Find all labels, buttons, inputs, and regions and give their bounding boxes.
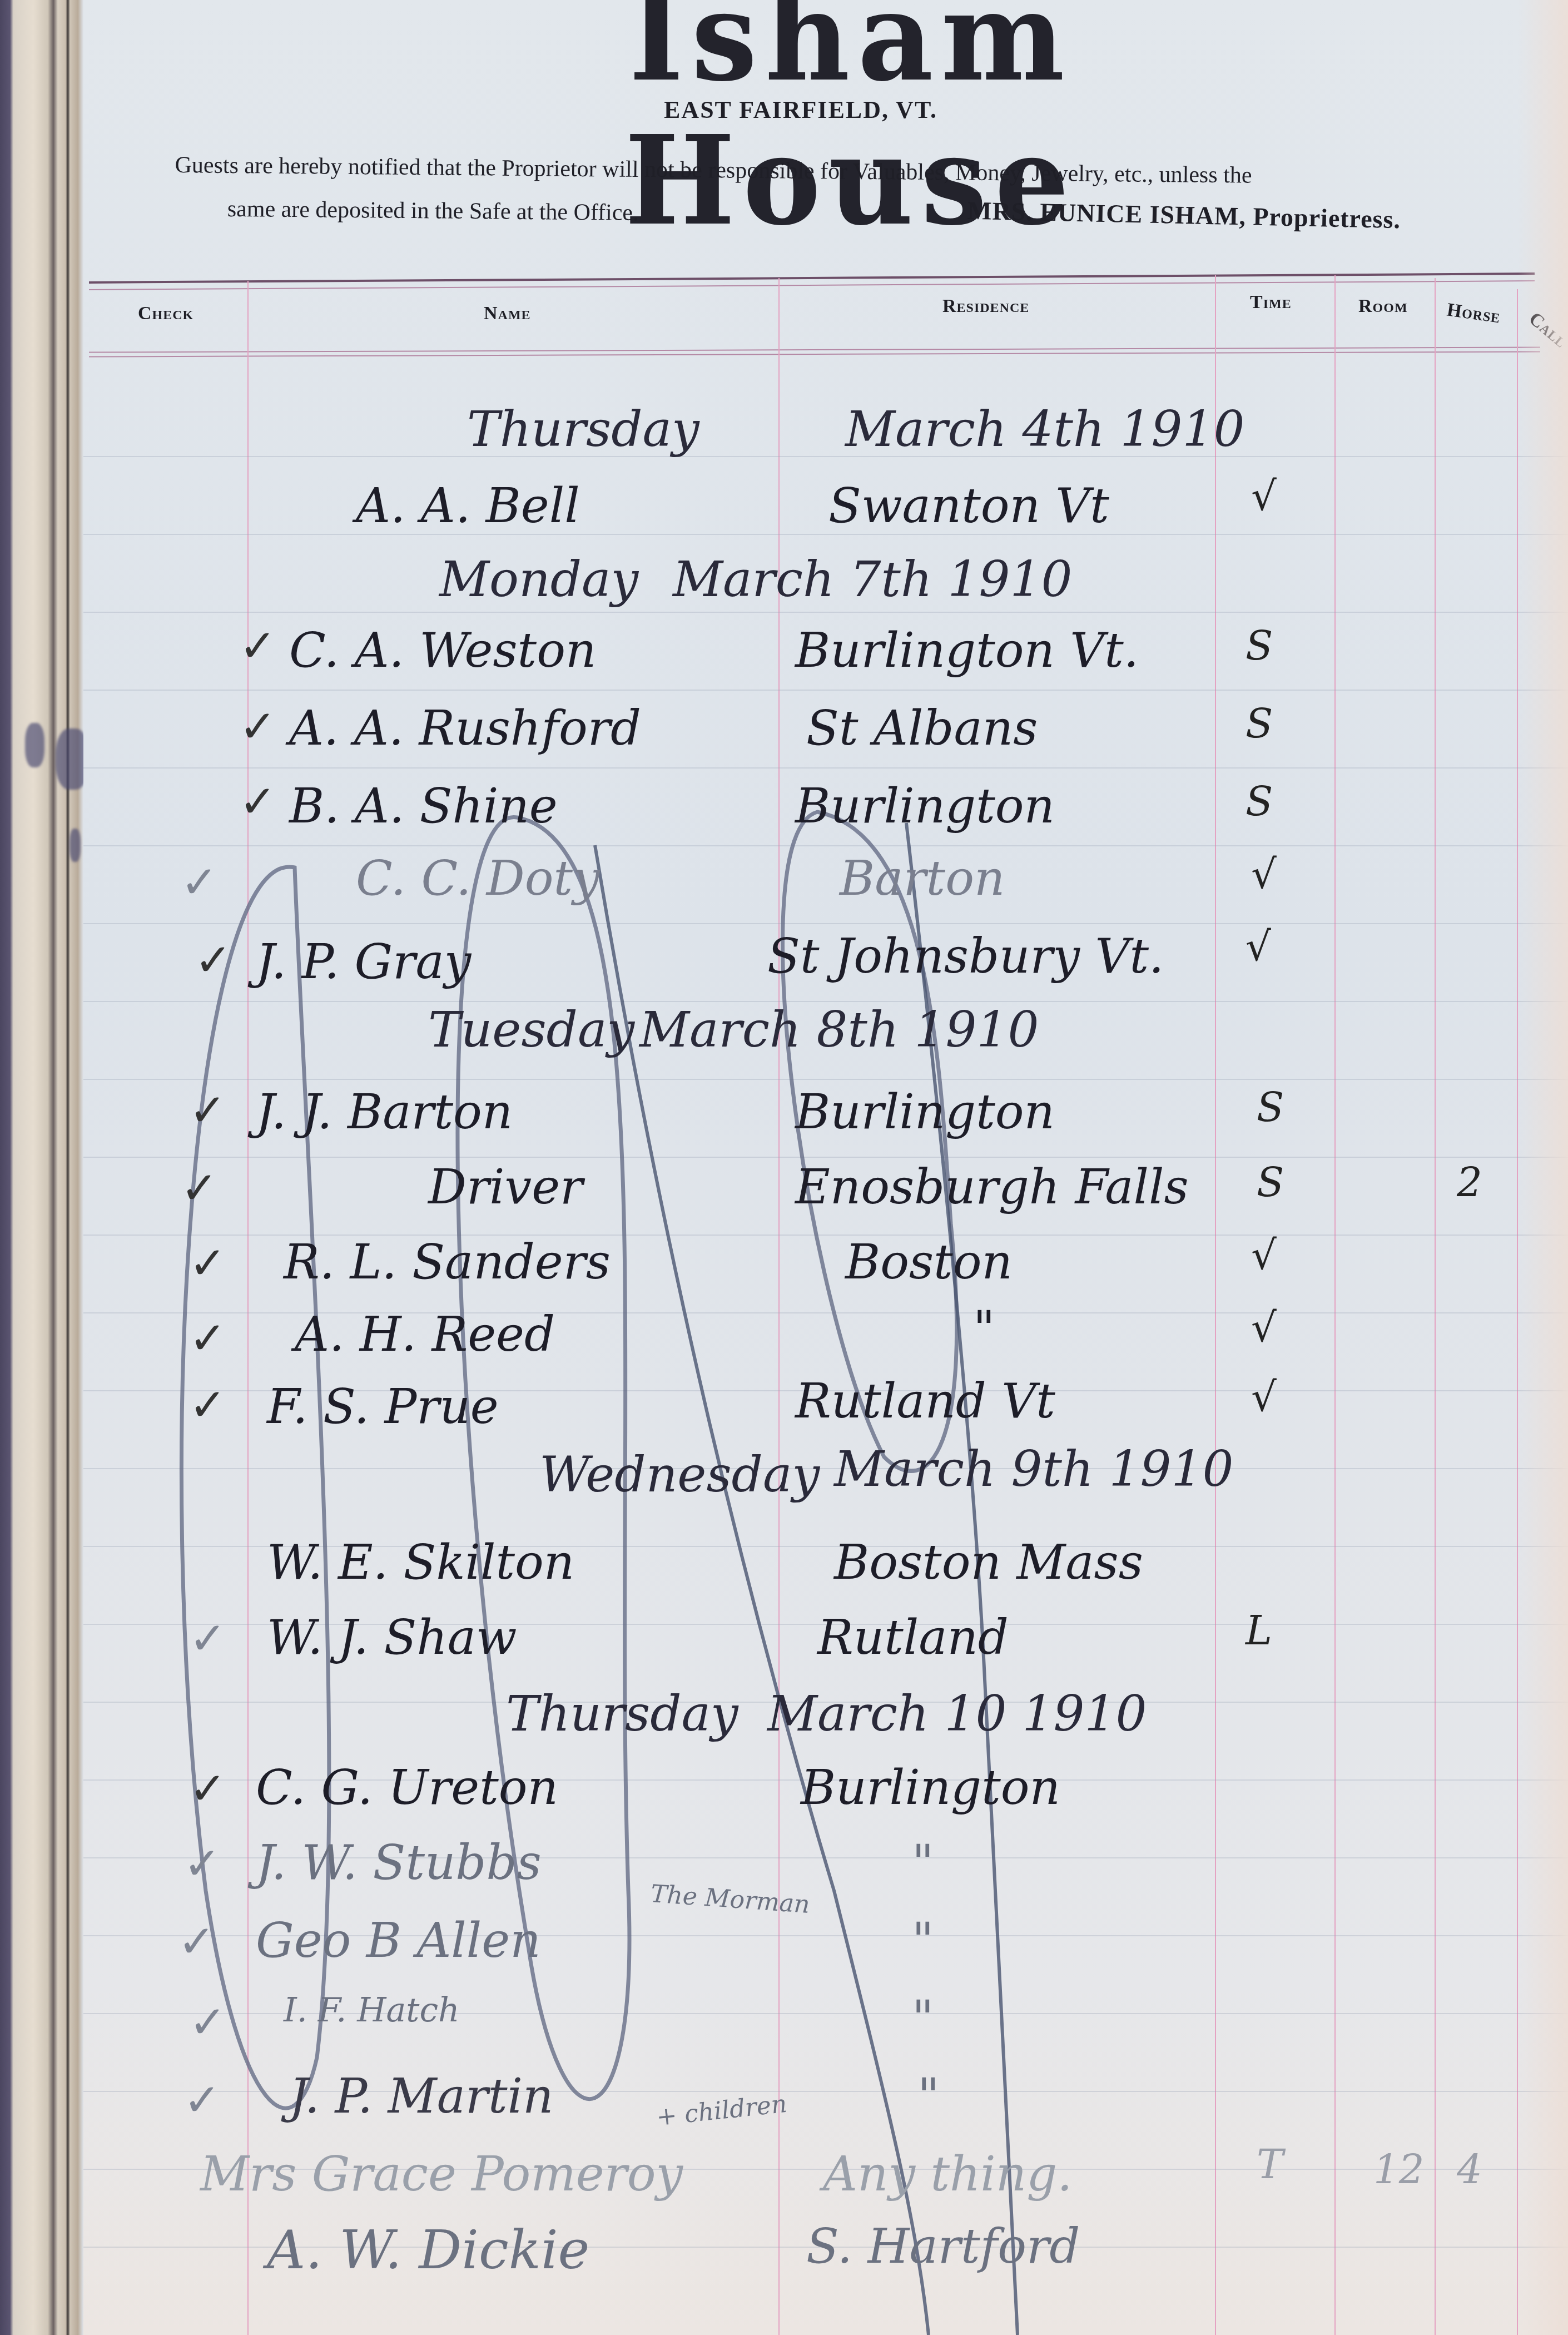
ink-blot <box>70 829 81 862</box>
date-heading-day: Thursday <box>467 400 699 458</box>
column-divider <box>247 281 249 2335</box>
guest-residence: " <box>912 1913 934 1969</box>
guest-residence: St Johnsbury Vt. <box>767 929 1164 984</box>
time-mark: S <box>1246 701 1273 747</box>
guest-name: Geo B Allen <box>256 1913 541 1969</box>
check-mark: ✓ <box>189 1237 226 1289</box>
time-mark: S <box>1257 1159 1284 1206</box>
book-spine <box>0 0 83 2335</box>
guest-annotation: + children <box>655 2090 788 2131</box>
guest-name: I. F. Hatch <box>284 1991 460 2030</box>
guest-name: W. E. Skilton <box>267 1535 574 1590</box>
guest-name: A. A. Bell <box>356 478 580 534</box>
date-heading-date: March 9th 1910 <box>834 1440 1234 1498</box>
date-heading-date: March 7th 1910 <box>673 551 1073 608</box>
column-divider <box>1334 275 1336 2335</box>
time-mark: √ <box>1251 851 1277 898</box>
time-mark: S <box>1246 779 1273 825</box>
guest-name: B. A. Shine <box>289 779 558 834</box>
guest-residence: Burlington <box>795 779 1055 834</box>
check-mark: ✓ <box>189 1763 226 1815</box>
check-mark: ✓ <box>183 2074 221 2126</box>
horse-count: 2 <box>1457 1159 1482 1206</box>
guest-annotation: The Morman <box>650 1880 811 1919</box>
column-divider <box>1435 278 1436 2335</box>
guest-residence: Boston Mass <box>834 1535 1143 1590</box>
column-header-time: Time <box>1250 292 1292 313</box>
guest-residence: S. Hartford <box>806 2219 1080 2274</box>
guest-residence: Rutland <box>817 1610 1009 1665</box>
guest-name: C. G. Ureton <box>256 1760 558 1816</box>
column-header-residence: Residence <box>942 296 1029 317</box>
guest-residence: Rutland Vt <box>795 1374 1055 1429</box>
column-header-name: Name <box>484 303 531 324</box>
guest-residence: St Albans <box>806 701 1038 756</box>
date-heading-day: Tuesday <box>428 1001 634 1058</box>
date-heading-day: Monday <box>439 551 638 608</box>
date-heading-day: Wednesday <box>539 1446 820 1503</box>
register-page: Isham House EAST FAIRFIELD, VT. Guests a… <box>83 0 1568 2335</box>
guest-name: A. A. Rushford <box>289 701 641 756</box>
guest-name: J. P. Martin <box>289 2069 553 2124</box>
guest-residence: " <box>912 1991 934 2046</box>
date-heading-day: Thursday <box>506 1685 738 1742</box>
hotel-location: EAST FAIRFIELD, VT. <box>83 96 1518 124</box>
time-mark: S <box>1246 623 1273 670</box>
check-mark: ✓ <box>239 701 276 752</box>
check-mark: ✓ <box>189 1084 226 1136</box>
time-mark: S <box>1257 1084 1284 1131</box>
guest-name: R. L. Sanders <box>284 1235 611 1290</box>
check-mark: ✓ <box>195 934 232 986</box>
date-heading-date: March 10 1910 <box>767 1685 1147 1742</box>
column-header-horse: Horse <box>1446 299 1502 328</box>
notice-line-1: Guests are hereby notified that the Prop… <box>175 152 1252 189</box>
date-heading-date: March 4th 1910 <box>845 400 1245 458</box>
time-mark: √ <box>1251 473 1277 519</box>
guest-name: A. W. Dickie <box>267 2219 589 2281</box>
guest-name: Driver <box>428 1159 583 1215</box>
check-mark: ✓ <box>183 1838 221 1890</box>
guest-residence: Barton <box>840 851 1005 906</box>
horse-count: 4 <box>1457 2146 1482 2193</box>
guest-residence: Burlington Vt. <box>795 623 1139 678</box>
check-mark: ✓ <box>178 1916 215 1967</box>
time-mark: √ <box>1246 923 1271 970</box>
column-header-room: Room <box>1358 296 1408 317</box>
guest-name: J. P. Gray <box>256 934 471 990</box>
guest-name: Mrs Grace Pomeroy <box>200 2146 683 2202</box>
date-heading-date: March 8th 1910 <box>639 1001 1039 1058</box>
check-mark: ✓ <box>189 1312 226 1364</box>
guest-name: C. A. Weston <box>289 623 596 678</box>
check-mark: ✓ <box>189 1613 226 1664</box>
check-mark: ✓ <box>189 1379 226 1431</box>
room-number: 12 <box>1373 2146 1425 2193</box>
time-mark: √ <box>1251 1304 1277 1351</box>
guest-residence: Boston <box>845 1235 1013 1290</box>
ink-blot <box>25 723 44 767</box>
check-mark: ✓ <box>239 620 276 672</box>
guest-residence: " <box>912 1835 934 1891</box>
time-mark: √ <box>1251 1232 1277 1278</box>
check-mark: ✓ <box>181 856 218 908</box>
guest-residence: Burlington <box>801 1760 1060 1816</box>
time-mark: L <box>1246 1607 1272 1654</box>
guest-name: J. W. Stubbs <box>256 1835 542 1891</box>
guest-residence: Enosburgh Falls <box>795 1159 1189 1215</box>
check-mark: ✓ <box>181 1162 218 1214</box>
column-header-call: Call <box>1525 308 1568 352</box>
guest-name: F. S. Prue <box>267 1379 499 1435</box>
guest-name: A. H. Reed <box>295 1307 555 1362</box>
time-mark: T <box>1257 2141 1283 2188</box>
guest-residence: Swanton Vt <box>828 478 1109 534</box>
guest-name: J. J. Barton <box>256 1084 513 1140</box>
check-mark: ✓ <box>189 1996 226 2048</box>
guest-name: C. C. Doty <box>356 851 600 906</box>
guest-residence: " <box>917 2069 940 2124</box>
guest-name: W. J. Shaw <box>267 1610 517 1665</box>
guest-residence: Burlington <box>795 1084 1055 1140</box>
guest-residence: Any thing. <box>823 2146 1073 2202</box>
guest-residence: " <box>973 1301 995 1357</box>
time-mark: √ <box>1251 1374 1277 1420</box>
column-header-check: Check <box>138 303 193 324</box>
column-divider <box>1215 275 1216 2335</box>
check-mark: ✓ <box>239 776 276 827</box>
